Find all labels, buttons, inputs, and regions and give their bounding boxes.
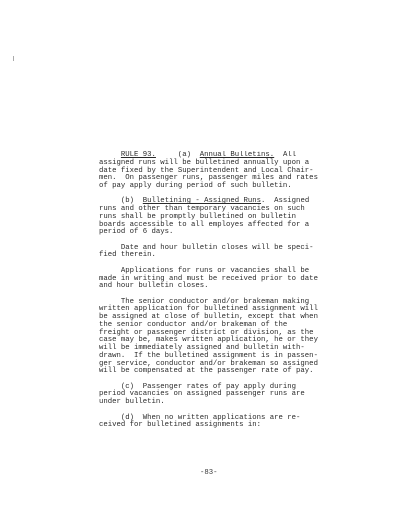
- paragraph-c: (c) Passenger rates of pay apply during …: [99, 384, 349, 407]
- rule-93-text: RULE 93. (a) Annual Bulletins. All assig…: [99, 152, 349, 438]
- paragraph-a: RULE 93. (a) Annual Bulletins. All assig…: [99, 152, 349, 191]
- paragraph-senior-conductor: The senior conductor and/or brakeman mak…: [99, 299, 349, 377]
- scan-mark: [13, 56, 14, 61]
- document-page: RULE 93. (a) Annual Bulletins. All assig…: [0, 0, 400, 520]
- paragraph-d: (d) When no written applications are re-…: [99, 415, 349, 431]
- paragraph-b: (b) Bulletining - Assigned Runs. Assigne…: [99, 198, 349, 237]
- paragraph-date-hour: Date and hour bulletin closes will be sp…: [99, 245, 349, 261]
- page-number: -83-: [200, 469, 218, 477]
- paragraph-applications: Applications for runs or vacancies shall…: [99, 268, 349, 291]
